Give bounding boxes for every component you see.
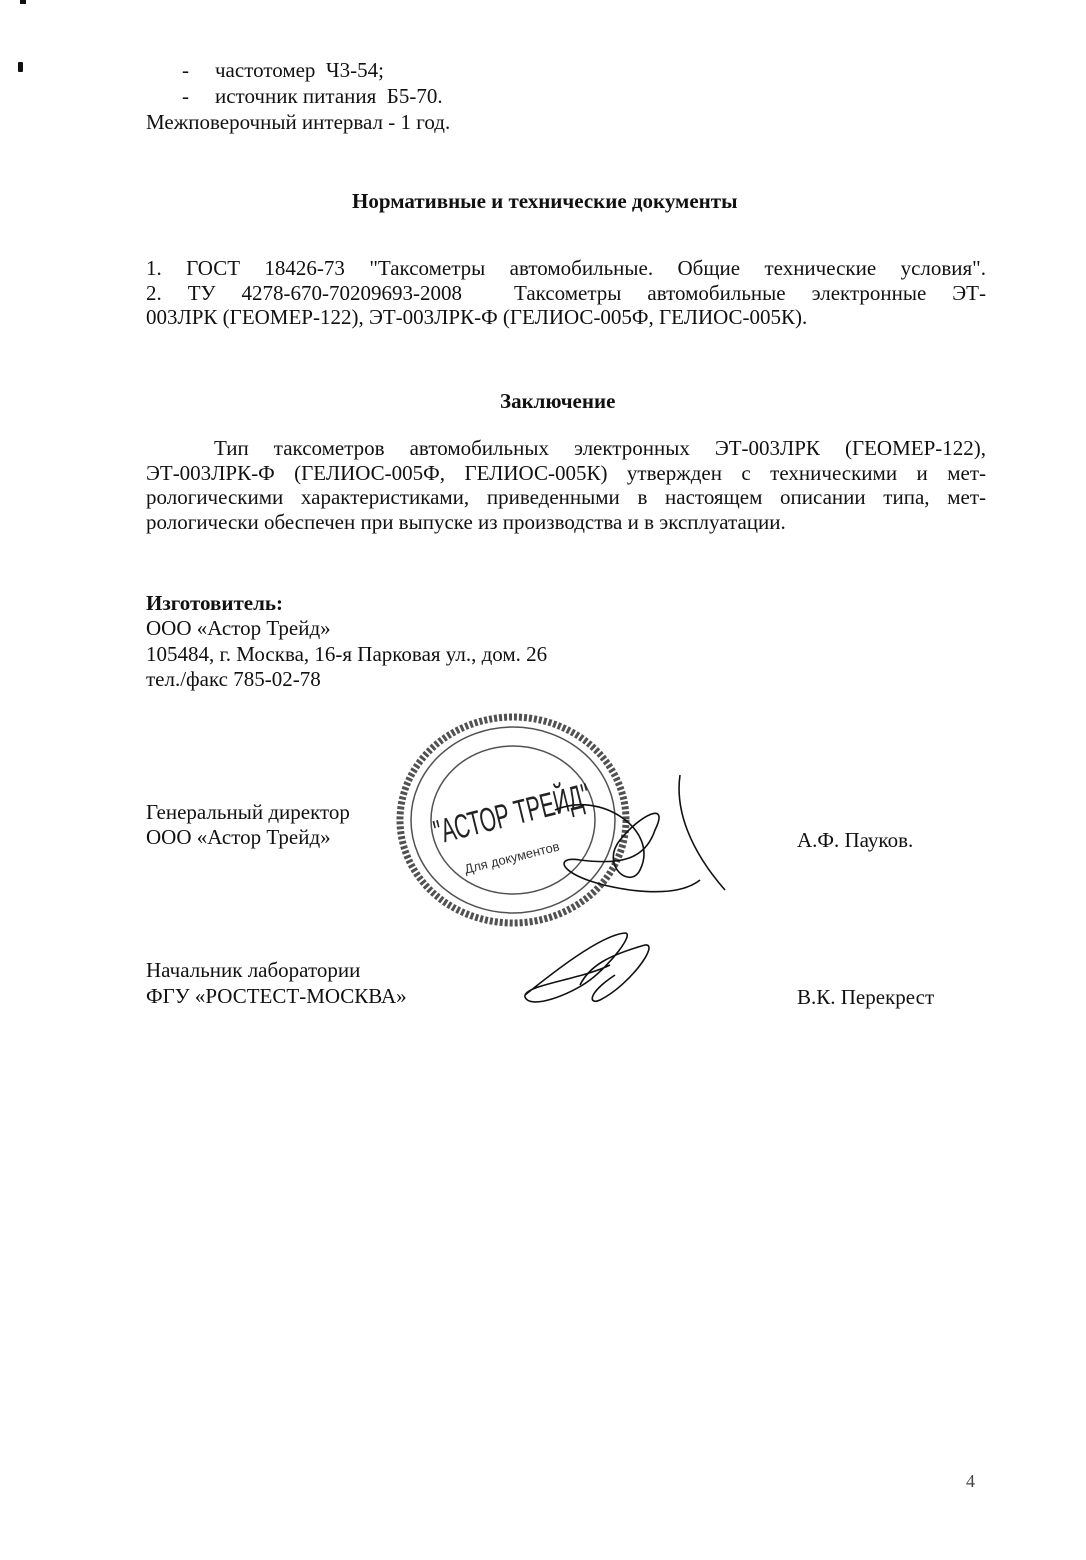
signer-title: Начальник лаборатории: [146, 958, 360, 982]
signer-name: В.К. Перекрест: [797, 985, 934, 1009]
conclusion-paragraph: Тип таксометров автомобильных электронны…: [146, 436, 986, 534]
manufacturer-name: ООО «Астор Трейд»: [146, 616, 331, 640]
scan-mark: [20, 0, 26, 4]
normative-line: 003ЛРК (ГЕОМЕР-122), ЭТ-003ЛРК-Ф (ГЕЛИОС…: [146, 305, 986, 330]
normative-line: 1. ГОСТ 18426-73 "Таксометры автомобильн…: [146, 256, 986, 281]
signer-organization: ООО «Астор Трейд»: [146, 825, 331, 849]
conclusion-line: рологически обеспечен при выпуске из про…: [146, 510, 986, 535]
section-heading-normative: Нормативные и технические документы: [352, 189, 738, 213]
signature-lab-head-icon: [520, 925, 660, 1010]
conclusion-line: ЭТ-003ЛРК-Ф (ГЕЛИОС-005Ф, ГЕЛИОС-005К) у…: [146, 461, 986, 486]
list-item-text: источник питания Б5-70.: [215, 84, 443, 108]
manufacturer-label: Изготовитель:: [146, 591, 283, 615]
conclusion-line: рологическими характеристиками, приведен…: [146, 485, 986, 510]
page-number: 4: [966, 1471, 975, 1492]
conclusion-line: Тип таксометров автомобильных электронны…: [146, 436, 986, 461]
section-heading-conclusion: Заключение: [500, 389, 615, 413]
signer-name: А.Ф. Пауков.: [797, 828, 913, 852]
normative-line: 2. ТУ 4278-670-70209693-2008 Таксометры …: [146, 281, 986, 306]
list-item-bullet: -: [182, 84, 189, 108]
scan-mark: [18, 62, 23, 72]
signature-director-icon: [540, 770, 740, 910]
manufacturer-phone: тел./факс 785-02-78: [146, 667, 321, 691]
manufacturer-address: 105484, г. Москва, 16-я Парковая ул., до…: [146, 642, 547, 666]
interval-text: Межповерочный интервал - 1 год.: [146, 110, 450, 134]
normative-list: 1. ГОСТ 18426-73 "Таксометры автомобильн…: [146, 256, 986, 330]
list-item-bullet: -: [182, 58, 189, 82]
list-item-text: частотомер Ч3-54;: [215, 58, 384, 82]
signer-organization: ФГУ «РОСТЕСТ-МОСКВА»: [146, 984, 407, 1008]
signer-title: Генеральный директор: [146, 800, 350, 824]
